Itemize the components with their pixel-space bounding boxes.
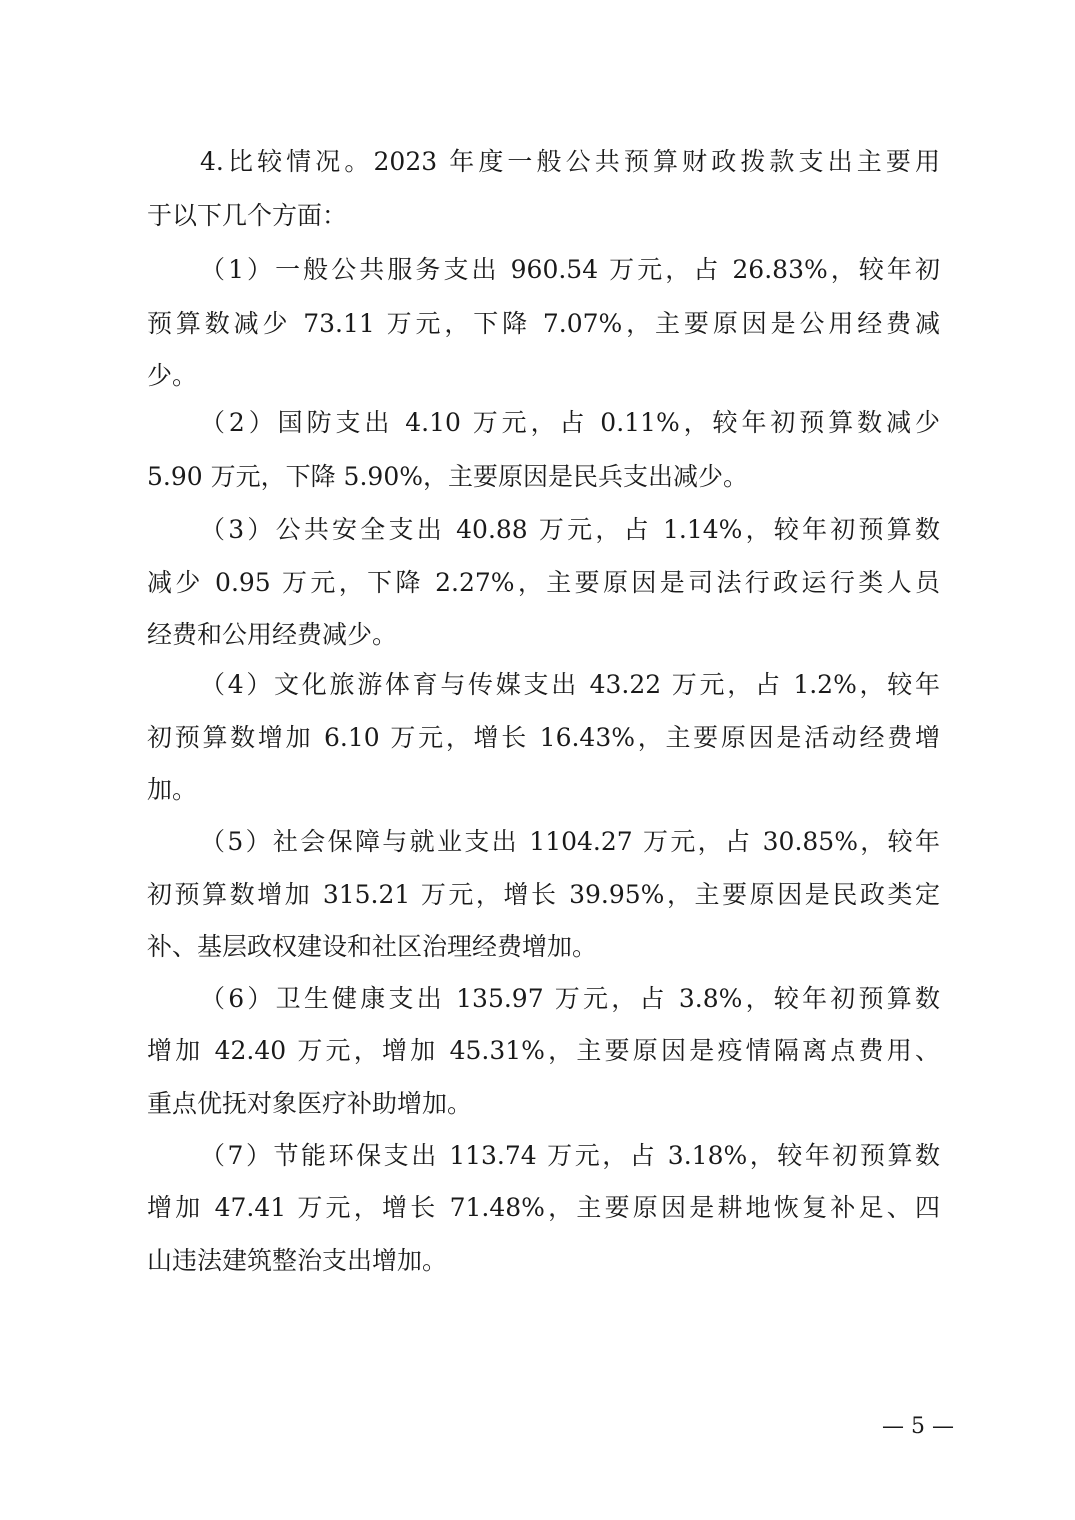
text-line: （6）卫生健康支出 135.97 万元，占 3.8%，较年初预算数 (200, 981, 940, 1017)
text-line: （1）一般公共服务支出 960.54 万元，占 26.83%，较年初 (200, 252, 940, 288)
text-line: 初预算数增加 6.10 万元，增长 16.43%，主要原因是活动经费增 (147, 720, 940, 756)
text-line: （4）文化旅游体育与传媒支出 43.22 万元，占 1.2%，较年 (200, 667, 940, 703)
page-number: — 5 — (882, 1412, 942, 1442)
text-line: （2）国防支出 4.10 万元，占 0.11%，较年初预算数减少 (200, 405, 940, 441)
text-line: （3）公共安全支出 40.88 万元，占 1.14%，较年初预算数 (200, 512, 940, 548)
text-line: 经费和公用经费减少。 (147, 617, 940, 653)
text-line: 增加 47.41 万元，增长 71.48%，主要原因是耕地恢复补足、四 (147, 1190, 940, 1226)
text-line: 初预算数增加 315.21 万元，增长 39.95%，主要原因是民政类定 (147, 877, 940, 913)
text-line: 4.比较情况。2023 年度一般公共预算财政拨款支出主要用 (200, 144, 940, 180)
text-line: 重点优抚对象医疗补助增加。 (147, 1086, 940, 1122)
text-line: 加。 (147, 772, 940, 808)
text-line: 补、基层政权建设和社区治理经费增加。 (147, 929, 940, 965)
text-line: 山违法建筑整治支出增加。 (147, 1243, 940, 1279)
text-line: （5）社会保障与就业支出 1104.27 万元，占 30.85%，较年 (200, 824, 940, 860)
text-line: （7）节能环保支出 113.74 万元，占 3.18%，较年初预算数 (200, 1138, 940, 1174)
text-line: 预算数减少 73.11 万元，下降 7.07%，主要原因是公用经费减 (147, 306, 940, 342)
text-line: 于以下几个方面： (147, 198, 940, 234)
text-line: 5.90 万元，下降 5.90%，主要原因是民兵支出减少。 (147, 459, 940, 495)
text-line: 减少 0.95 万元，下降 2.27%，主要原因是司法行政运行类人员 (147, 565, 940, 601)
text-line: 增加 42.40 万元，增加 45.31%，主要原因是疫情隔离点费用、 (147, 1033, 940, 1069)
document-page: 4.比较情况。2023 年度一般公共预算财政拨款支出主要用 于以下几个方面： （… (0, 0, 1075, 1520)
text-line: 少。 (147, 358, 940, 394)
